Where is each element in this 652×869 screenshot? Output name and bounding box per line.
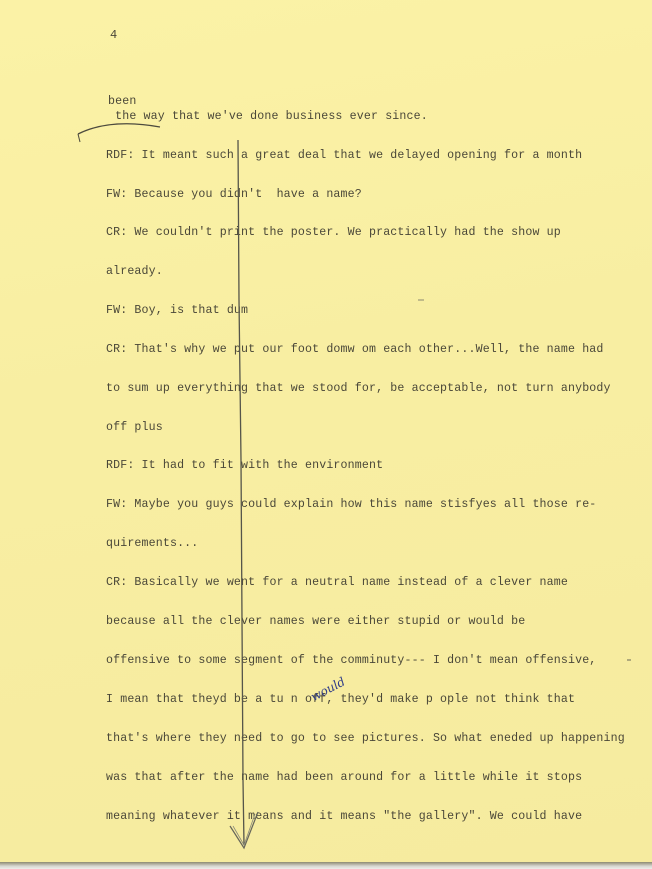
text-line: CR: We couldn't print the poster. We pra… xyxy=(106,226,561,239)
text-line: RDF: It meant such a great deal that we … xyxy=(106,149,582,162)
text-line: quirements... xyxy=(106,537,198,550)
page-edge-shadow xyxy=(0,862,652,869)
text-line: because all the clever names were either… xyxy=(106,615,525,628)
text-line: CR: Basically we went for a neutral name… xyxy=(106,576,568,589)
text-line: been xyxy=(108,95,136,108)
text-line: FW: Boy, is that dum xyxy=(106,304,248,317)
text-line: that's where they need to go to see pict… xyxy=(106,732,625,745)
page-number: 4 xyxy=(110,28,117,42)
text-line: off plus xyxy=(106,421,163,434)
text-line: offensive to some segment of the comminu… xyxy=(106,654,596,667)
text-line: CR: That's why we put our foot domw om e… xyxy=(106,343,604,356)
text-line: RDF: It had to fit with the environment xyxy=(106,459,383,472)
text-line: meaning whatever it means and it means "… xyxy=(106,810,582,823)
text-line: I mean that theyd be a tu n off, they'd … xyxy=(106,693,575,706)
text-line: to sum up everything that we stood for, … xyxy=(106,382,611,395)
text-line: already. xyxy=(106,265,163,278)
text-line: was that after the name had been around … xyxy=(106,771,582,784)
bracket-mark xyxy=(78,124,160,134)
text-line: FW: Maybe you guys could explain how thi… xyxy=(106,498,596,511)
document-page: 4 been the way that we've done business … xyxy=(0,0,652,862)
text-line: FW: Because you didn't have a name? xyxy=(106,188,362,201)
text-line: the way that we've done business ever si… xyxy=(108,110,428,123)
